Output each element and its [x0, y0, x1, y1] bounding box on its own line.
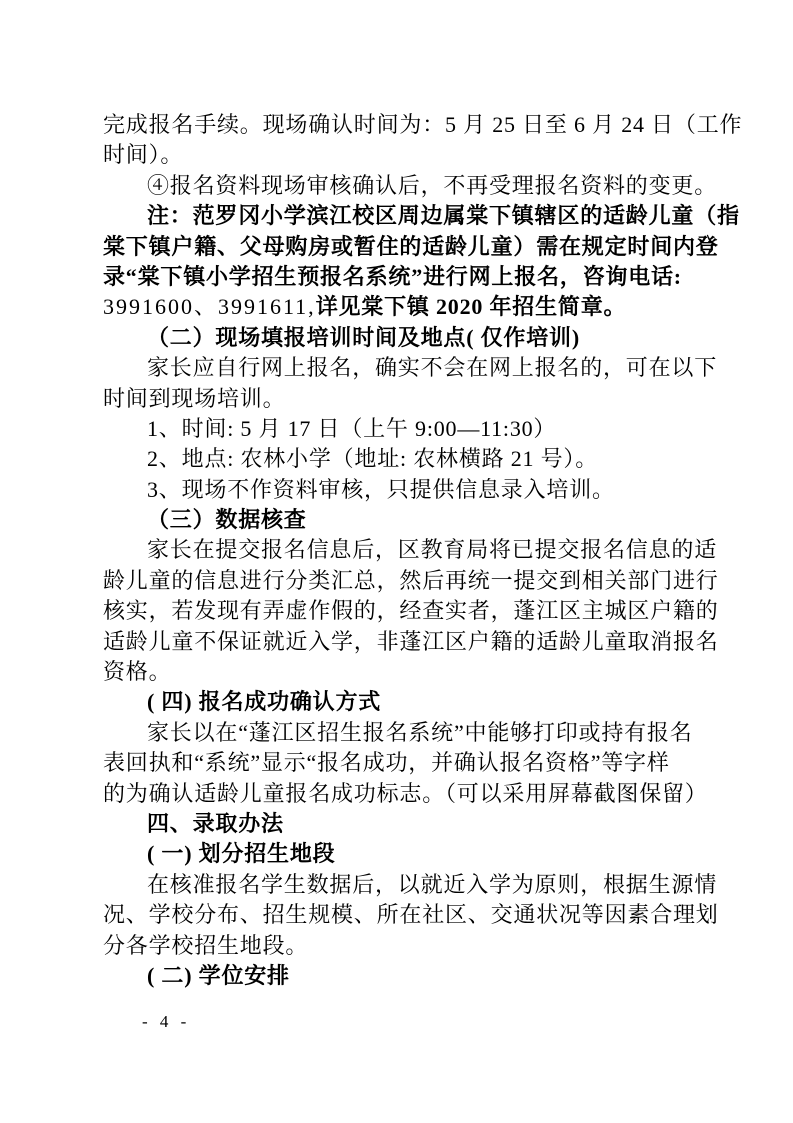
doc-note-line: 录“棠下镇小学招生预报名系统”进行网上报名，咨询电话: [103, 262, 713, 292]
doc-line: 况、学校分布、招生规模、所在社区、交通状况等因素合理划 [103, 900, 713, 930]
document-page: 完成报名手续。现场确认时间为：5 月 25 日至 6 月 24 日（工作 时间）… [103, 110, 713, 991]
doc-line: 的为确认适龄儿童报名成功标志。（可以采用屏幕截图保留） [103, 779, 713, 809]
list-item: 3、现场不作资料审核，只提供信息录入培训。 [103, 475, 713, 505]
doc-line: 时间）。 [103, 140, 713, 170]
doc-line: 时间到现场培训。 [103, 384, 713, 414]
list-item: 1、时间: 5 月 17 日（上午 9:00—11:30） [103, 414, 713, 444]
section-heading: （二）现场填报培训时间及地点( 仅作培训) [103, 323, 713, 353]
doc-note-line: 注：范罗冈小学滨江校区周边属棠下镇辖区的适龄儿童（指 [103, 201, 713, 231]
phone-numbers: 3991600、3991611, [103, 294, 316, 319]
doc-line: 分各学校招生地段。 [103, 931, 713, 961]
doc-note-line: 3991600、3991611,详见棠下镇 2020 年招生简章。 [103, 292, 713, 322]
doc-line: 家长应自行网上报名，确实不会在网上报名的，可在以下 [103, 353, 713, 383]
doc-line: ④报名资料现场审核确认后，不再受理报名资料的变更。 [103, 171, 713, 201]
doc-line: 家长在提交报名信息后，区教育局将已提交报名信息的适 [103, 535, 713, 565]
section-heading: （三）数据核查 [103, 505, 713, 535]
doc-line: 资格。 [103, 657, 713, 687]
doc-line: 表回执和“系统”显示“报名成功，并确认报名资格”等字样 [103, 748, 713, 778]
note-tail: 详见棠下镇 2020 年招生简章。 [316, 294, 627, 319]
page-number: - 4 - [142, 1012, 190, 1032]
chapter-heading: 四、录取办法 [103, 809, 713, 839]
doc-line: 适龄儿童不保证就近入学，非蓬江区户籍的适龄儿童取消报名 [103, 627, 713, 657]
section-heading: ( 一) 划分招生地段 [103, 839, 713, 869]
doc-line: 龄儿童的信息进行分类汇总，然后再统一提交到相关部门进行 [103, 566, 713, 596]
section-heading: ( 四) 报名成功确认方式 [103, 687, 713, 717]
doc-line: 完成报名手续。现场确认时间为：5 月 25 日至 6 月 24 日（工作 [103, 110, 713, 140]
doc-line: 在核准报名学生数据后，以就近入学为原则，根据生源情 [103, 870, 713, 900]
doc-note-line: 棠下镇户籍、父母购房或暂住的适龄儿童）需在规定时间内登 [103, 232, 713, 262]
section-heading: ( 二) 学位安排 [103, 961, 713, 991]
doc-line: 家长以在“蓬江区招生报名系统”中能够打印或持有报名 [103, 718, 713, 748]
list-item: 2、地点: 农林小学（地址: 农林横路 21 号）。 [103, 444, 713, 474]
doc-line: 核实，若发现有弄虚作假的，经查实者，蓬江区主城区户籍的 [103, 596, 713, 626]
